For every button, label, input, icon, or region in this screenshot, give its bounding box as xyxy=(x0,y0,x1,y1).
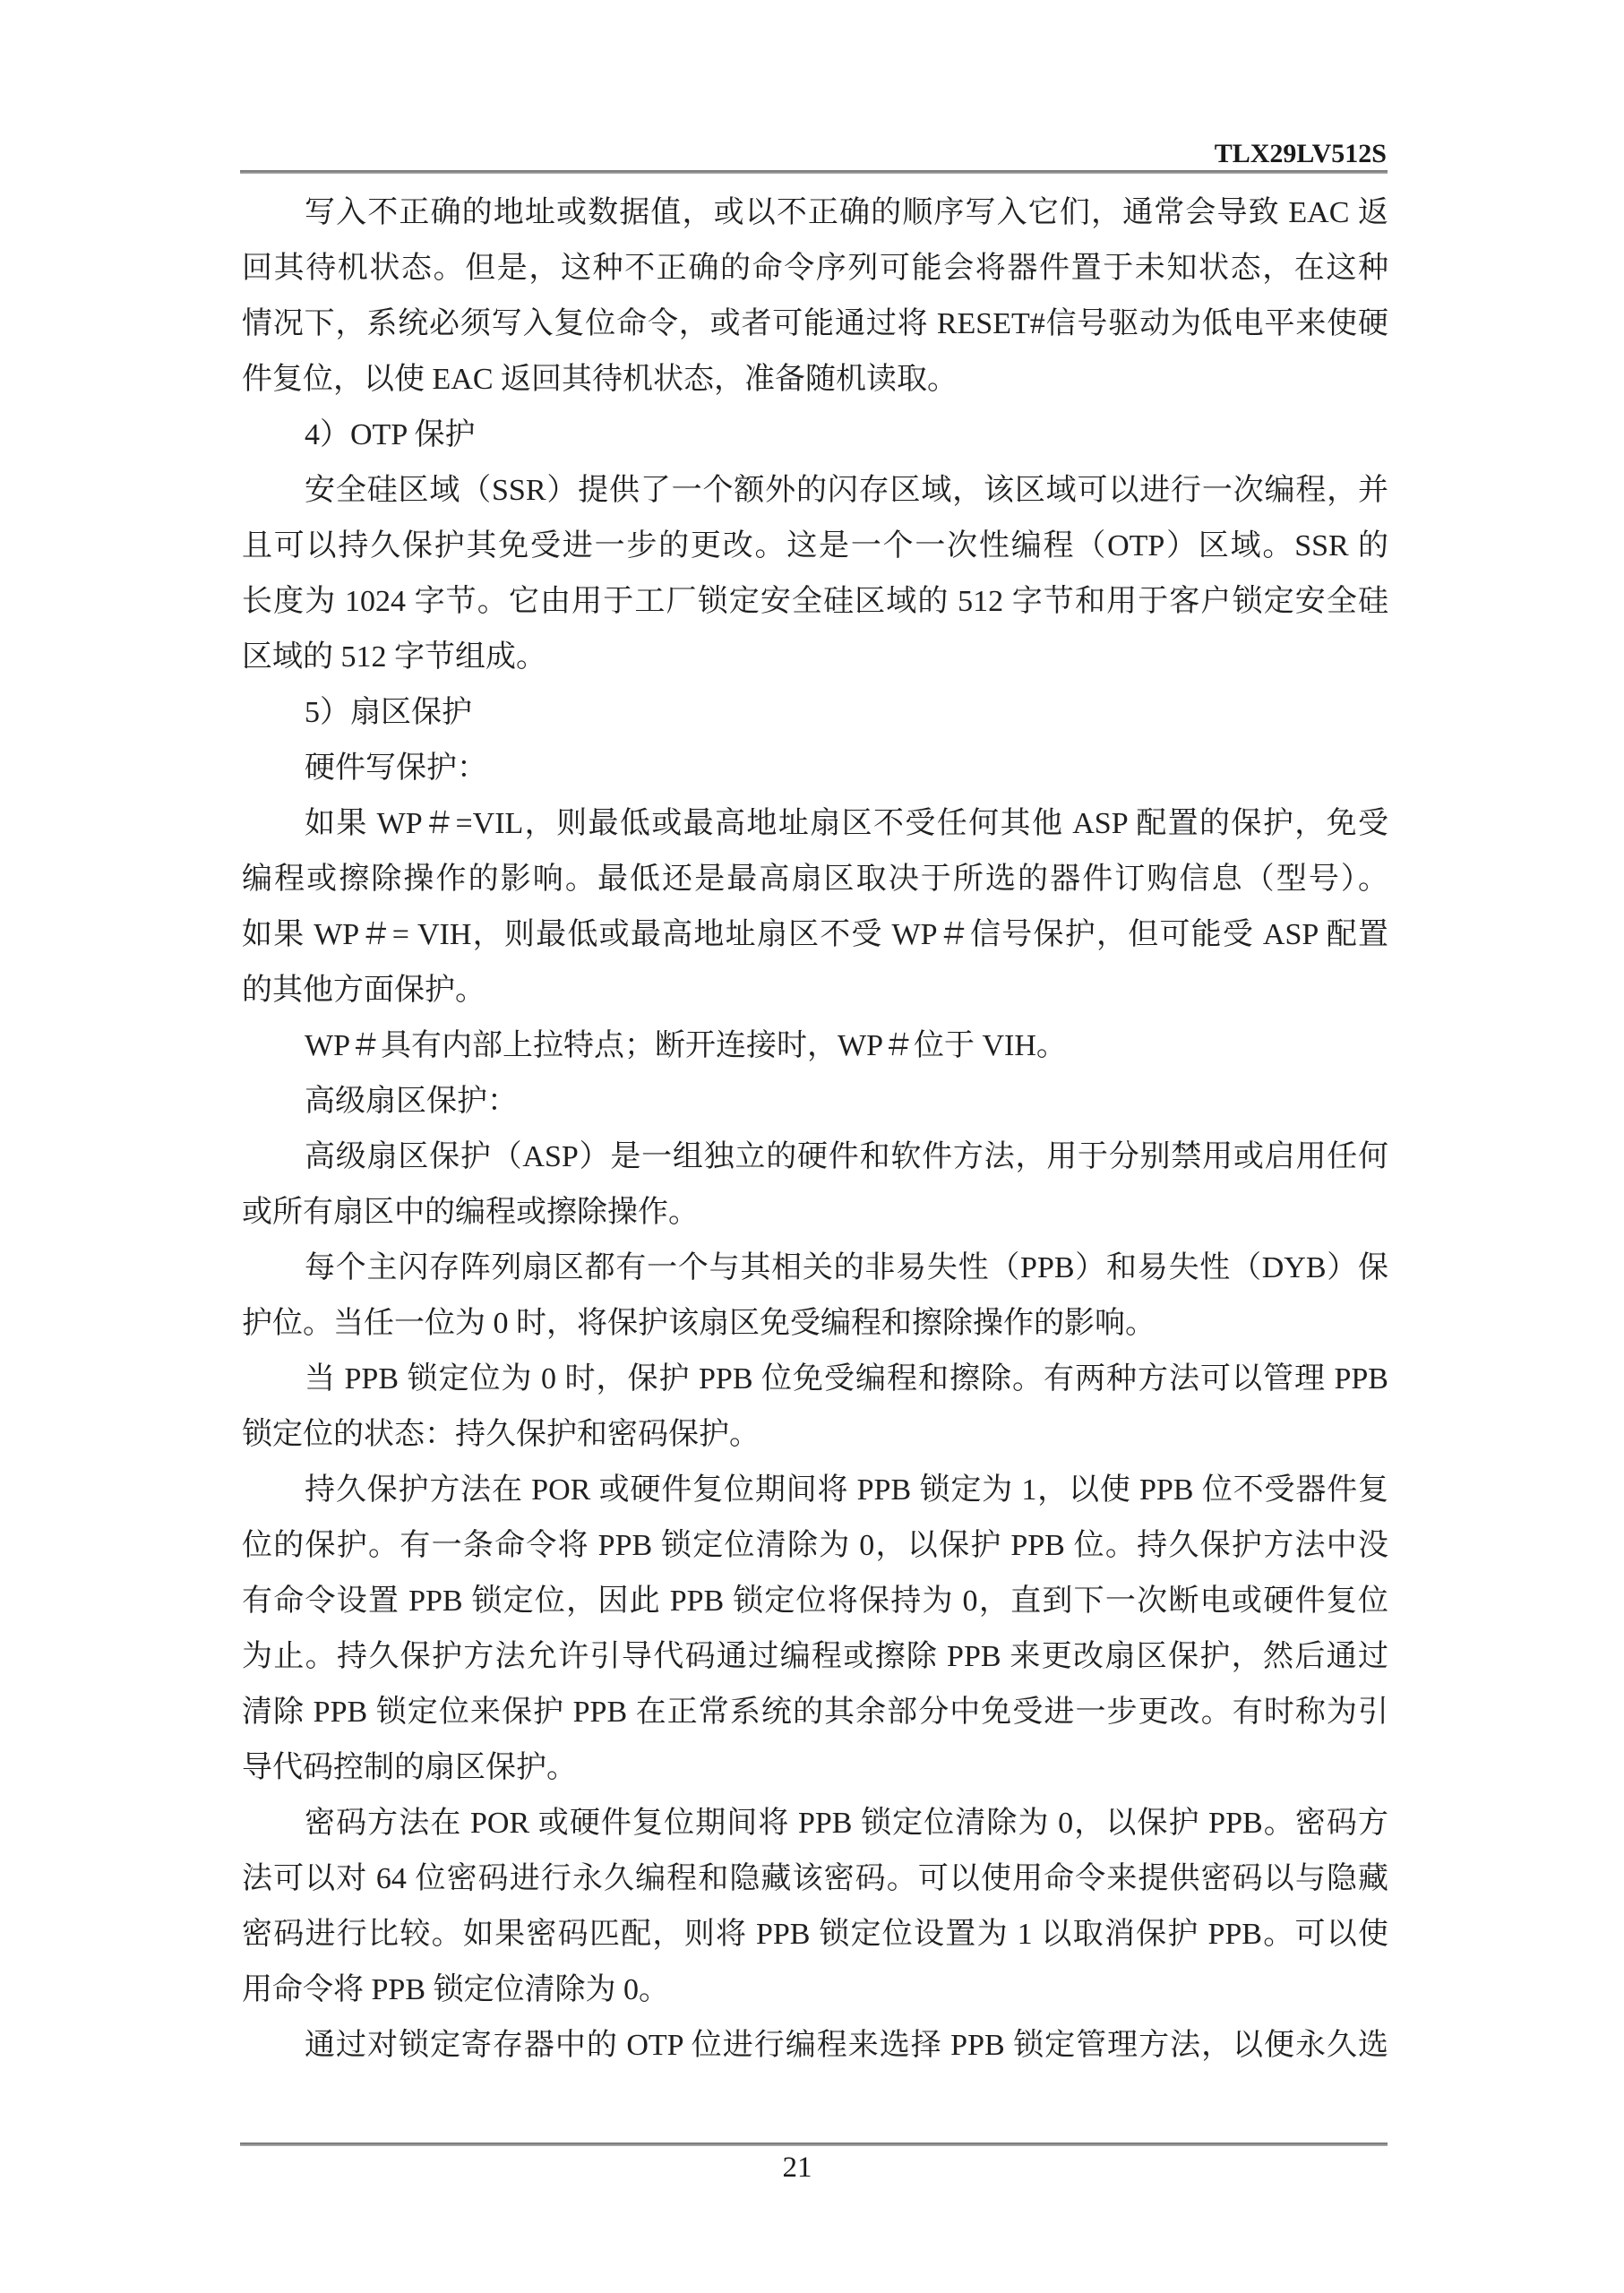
body-line: 写入不正确的地址或数据值，或以不正确的顺序写入它们，通常会导致 EAC 返 xyxy=(242,185,1388,241)
page-number: 21 xyxy=(242,2150,1353,2186)
document-page: TLX29LV512S 写入不正确的地址或数据值，或以不正确的顺序写入它们，通常… xyxy=(0,0,1624,2293)
body-line: 密码进行比较。如果密码匹配，则将 PPB 锁定位设置为 1 以取消保护 PPB。… xyxy=(242,1907,1388,1962)
body-line: 情况下，系统必须写入复位命令，或者可能通过将 RESET#信号驱动为低电平来使硬 xyxy=(242,296,1388,352)
document-body: 写入不正确的地址或数据值，或以不正确的顺序写入它们，通常会导致 EAC 返回其待… xyxy=(242,185,1388,2074)
body-line: 且可以持久保护其免受进一步的更改。这是一个一次性编程（OTP）区域。SSR 的 xyxy=(242,519,1388,574)
body-line: 4）OTP 保护 xyxy=(242,408,1388,463)
header-rule xyxy=(240,170,1388,174)
body-line: 5）扇区保护 xyxy=(242,685,1388,741)
body-line: 锁定位的状态：持久保护和密码保护。 xyxy=(242,1407,1388,1463)
body-line: 持久保护方法在 POR 或硬件复位期间将 PPB 锁定为 1，以使 PPB 位不… xyxy=(242,1463,1388,1518)
body-line: 高级扇区保护（ASP）是一组独立的硬件和软件方法，用于分别禁用或启用任何 xyxy=(242,1129,1388,1185)
body-line: 通过对锁定寄存器中的 OTP 位进行编程来选择 PPB 锁定管理方法，以便永久选 xyxy=(242,2018,1388,2074)
body-line: 密码方法在 POR 或硬件复位期间将 PPB 锁定位清除为 0，以保护 PPB。… xyxy=(242,1796,1388,1851)
body-line: 件复位，以使 EAC 返回其待机状态，准备随机读取。 xyxy=(242,352,1388,408)
body-line: 清除 PPB 锁定位来保护 PPB 在正常系统的其余部分中免受进一步更改。有时称… xyxy=(242,1685,1388,1740)
body-line: WP＃具有内部上拉特点；断开连接时，WP＃位于 VIH。 xyxy=(242,1018,1388,1074)
body-line: 如果 WP＃=VIL，则最低或最高地址扇区不受任何其他 ASP 配置的保护，免受 xyxy=(242,796,1388,852)
body-line: 或所有扇区中的编程或擦除操作。 xyxy=(242,1185,1388,1241)
body-line: 法可以对 64 位密码进行永久编程和隐藏该密码。可以使用命令来提供密码以与隐藏 xyxy=(242,1851,1388,1907)
body-line: 为止。持久保护方法允许引导代码通过编程或擦除 PPB 来更改扇区保护，然后通过 xyxy=(242,1629,1388,1685)
body-line: 护位。当任一位为 0 时，将保护该扇区免受编程和擦除操作的影响。 xyxy=(242,1296,1388,1352)
body-line: 回其待机状态。但是，这种不正确的命令序列可能会将器件置于未知状态，在这种 xyxy=(242,241,1388,296)
body-line: 安全硅区域（SSR）提供了一个额外的闪存区域，该区域可以进行一次编程，并 xyxy=(242,463,1388,519)
body-line: 区域的 512 字节组成。 xyxy=(242,630,1388,685)
document-id: TLX29LV512S xyxy=(1215,140,1387,168)
footer-rule xyxy=(240,2143,1388,2146)
body-line: 如果 WP＃= VIH，则最低或最高地址扇区不受 WP＃信号保护，但可能受 AS… xyxy=(242,907,1388,963)
body-line: 位的保护。有一条命令将 PPB 锁定位清除为 0，以保护 PPB 位。持久保护方… xyxy=(242,1518,1388,1574)
body-line: 导代码控制的扇区保护。 xyxy=(242,1740,1388,1796)
body-line: 编程或擦除操作的影响。最低还是最高扇区取决于所选的器件订购信息（型号）。 xyxy=(242,852,1388,907)
body-line: 当 PPB 锁定位为 0 时，保护 PPB 位免受编程和擦除。有两种方法可以管理… xyxy=(242,1352,1388,1407)
body-line: 硬件写保护： xyxy=(242,741,1388,796)
body-line: 的其他方面保护。 xyxy=(242,963,1388,1018)
body-line: 有命令设置 PPB 锁定位，因此 PPB 锁定位将保持为 0，直到下一次断电或硬… xyxy=(242,1574,1388,1629)
body-line: 长度为 1024 字节。它由用于工厂锁定安全硅区域的 512 字节和用于客户锁定… xyxy=(242,574,1388,630)
body-line: 高级扇区保护： xyxy=(242,1074,1388,1129)
body-line: 用命令将 PPB 锁定位清除为 0。 xyxy=(242,1962,1388,2018)
body-line: 每个主闪存阵列扇区都有一个与其相关的非易失性（PPB）和易失性（DYB）保 xyxy=(242,1241,1388,1296)
